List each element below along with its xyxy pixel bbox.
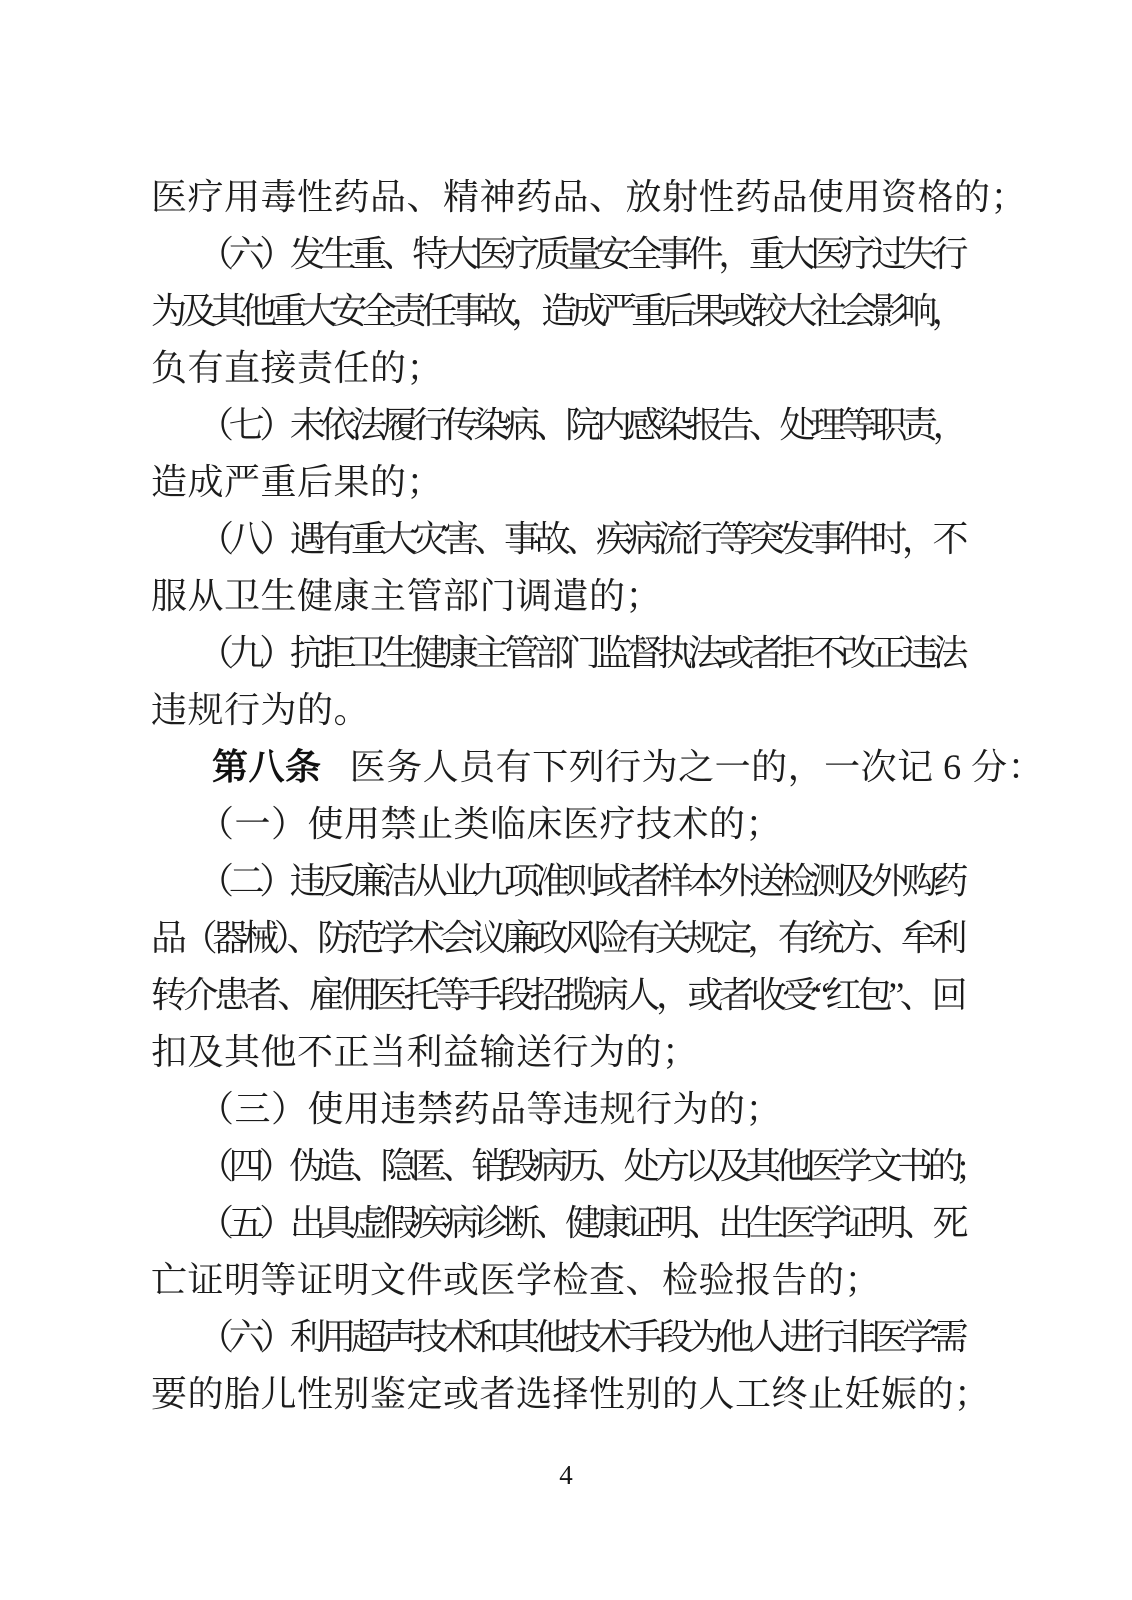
line-text: 为及其他重大安全责任事故，造成严重后果或较大社会影响， xyxy=(151,283,962,340)
text-line: （六）发生重、特大医疗质量安全事件，重大医疗过失行 xyxy=(151,226,981,283)
text-line: （九）抗拒卫生健康主管部门监督执法或者拒不改正违法 xyxy=(151,625,981,682)
line-text: 违规行为的。 xyxy=(151,682,370,739)
text-line: 品（器械）、防范学术会议廉政风险有关规定，有统方、牟利 xyxy=(151,910,981,967)
line-text: 转介患者、雇佣医托等手段招揽病人，或者收受“红包”、回 xyxy=(151,967,963,1024)
document-body: 医疗用毒性药品、精神药品、放射性药品使用资格的；（六）发生重、特大医疗质量安全事… xyxy=(151,169,981,1423)
text-line: （五）出具虚假疾病诊断、健康证明、出生医学证明、死 xyxy=(151,1195,981,1252)
line-text: 品（器械）、防范学术会议廉政风险有关规定，有统方、牟利 xyxy=(151,910,962,967)
line-text: 亡证明等证明文件或医学检查、检验报告的； xyxy=(151,1252,881,1309)
line-text: （七）未依法履行传染病、院内感染报告、处理等职责， xyxy=(198,397,963,454)
text-line: 要的胎儿性别鉴定或者选择性别的人工终止妊娠的； xyxy=(151,1366,981,1423)
line-text: （六）利用超声技术和其他技术手段为他人进行非医学需 xyxy=(198,1309,963,1366)
document-page: 医疗用毒性药品、精神药品、放射性药品使用资格的；（六）发生重、特大医疗质量安全事… xyxy=(0,0,1132,1600)
text-line: 亡证明等证明文件或医学检查、检验报告的； xyxy=(151,1252,981,1309)
line-text: 负有直接责任的； xyxy=(151,340,443,397)
line-text: （六）发生重、特大医疗质量安全事件，重大医疗过失行 xyxy=(198,226,963,283)
text-line: 负有直接责任的； xyxy=(151,340,981,397)
text-line: （七）未依法履行传染病、院内感染报告、处理等职责， xyxy=(151,397,981,454)
line-text: （二）违反廉洁从业九项准则或者样本外送检测及外购药 xyxy=(198,853,963,910)
line-text: 扣及其他不正当利益输送行为的； xyxy=(151,1024,699,1081)
line-text: （八）遇有重大灾害、事故、疾病流行等突发事件时，不 xyxy=(198,511,963,568)
line-text: （九）抗拒卫生健康主管部门监督执法或者拒不改正违法 xyxy=(198,625,963,682)
text-line: 为及其他重大安全责任事故，造成严重后果或较大社会影响， xyxy=(151,283,981,340)
text-line: 服从卫生健康主管部门调遣的； xyxy=(151,568,981,625)
text-line: 医疗用毒性药品、精神药品、放射性药品使用资格的； xyxy=(151,169,981,226)
line-text: 服从卫生健康主管部门调遣的； xyxy=(151,568,662,625)
text-line: 造成严重后果的； xyxy=(151,454,981,511)
text-line: （六）利用超声技术和其他技术手段为他人进行非医学需 xyxy=(151,1309,981,1366)
article-number: 第八条 xyxy=(212,747,322,787)
line-text: 医务人员有下列行为之一的，一次记 6 分： xyxy=(350,739,1045,796)
text-line: （三）使用违禁药品等违规行为的； xyxy=(151,1081,981,1138)
line-text: （四）伪造、隐匿、销毁病历、处方以及其他医学文书的; xyxy=(198,1138,962,1195)
text-line: 转介患者、雇佣医托等手段招揽病人，或者收受“红包”、回 xyxy=(151,967,981,1024)
line-text: （五）出具虚假疾病诊断、健康证明、出生医学证明、死 xyxy=(198,1195,963,1252)
text-line: （一）使用禁止类临床医疗技术的； xyxy=(151,796,981,853)
line-text: 要的胎儿性别鉴定或者选择性别的人工终止妊娠的； xyxy=(151,1366,991,1423)
line-text: （一）使用禁止类临床医疗技术的； xyxy=(198,796,782,853)
text-line: 扣及其他不正当利益输送行为的； xyxy=(151,1024,981,1081)
text-line: （八）遇有重大灾害、事故、疾病流行等突发事件时，不 xyxy=(151,511,981,568)
article-heading-line: 第八条医务人员有下列行为之一的，一次记 6 分： xyxy=(151,739,981,796)
line-text: （三）使用违禁药品等违规行为的； xyxy=(198,1081,782,1138)
text-line: 违规行为的。 xyxy=(151,682,981,739)
line-text: 医疗用毒性药品、精神药品、放射性药品使用资格的； xyxy=(151,169,1027,226)
line-text: 造成严重后果的； xyxy=(151,454,443,511)
page-number: 4 xyxy=(0,1461,1132,1489)
text-line: （四）伪造、隐匿、销毁病历、处方以及其他医学文书的; xyxy=(151,1138,981,1195)
text-line: （二）违反廉洁从业九项准则或者样本外送检测及外购药 xyxy=(151,853,981,910)
